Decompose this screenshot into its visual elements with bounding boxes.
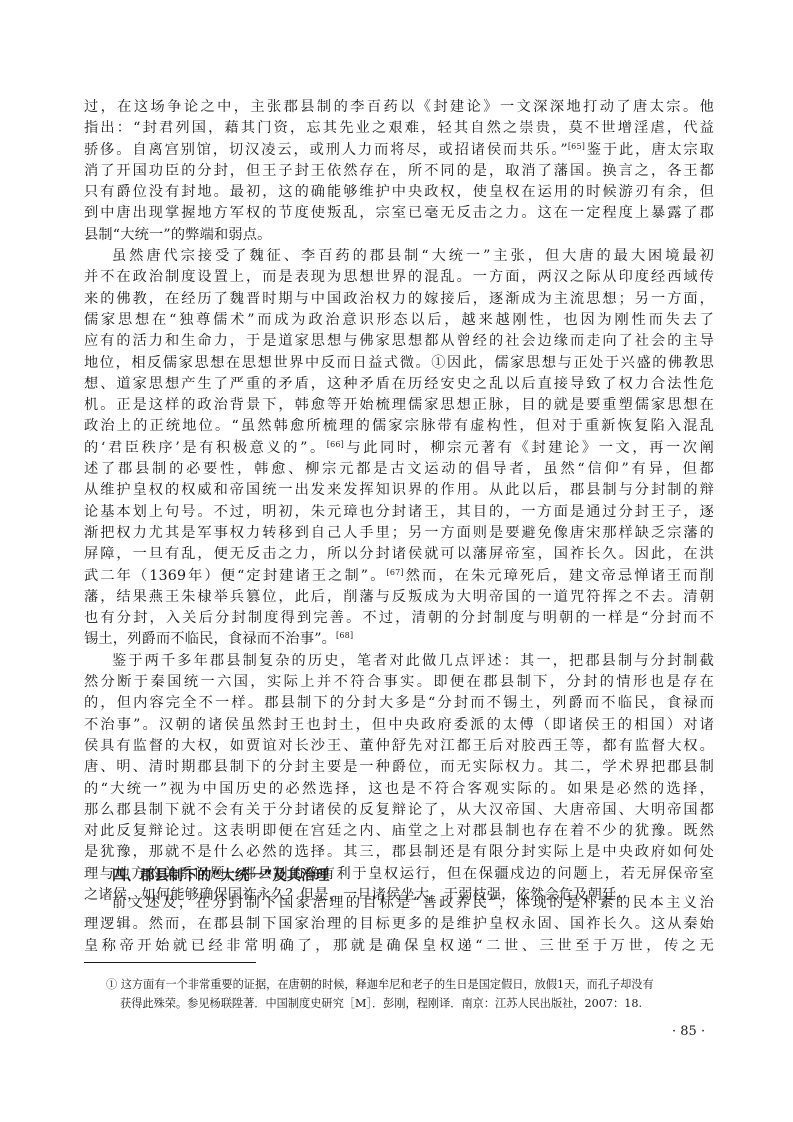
text-line: 的，但内容完全不一样。郡县制下的分封大多是“分封而不锡土，列爵而不临民，食禄而 [84,693,714,714]
text-line: 武二年（1369年）便“定封建诸王之制”。[67]然而，在朱元璋死后，建文帝忌惮… [84,566,714,587]
text-line: 到中唐出现掌握地方军权的节度使叛乱，宗室已毫无反击之力。这在一定程度上暴露了郡 [84,203,714,224]
page-number: · 85 · [672,1022,705,1042]
text-line: 屏障，一旦有乱，便无反击之力，所以分封诸侯就可以藩屏帝室，国祚长久。因此，在洪 [84,544,714,565]
text-line: 机。正是这样的政治背景下，韩愈等开始梳理儒家思想正脉，目的就是要重塑儒家思想在 [84,395,714,416]
footnote-line: 获得此殊荣。参见杨联陞著．中国制度史研究［M］．彭刚，程刚译．南京：江苏人民出版… [120,994,712,1013]
text-line: 儒家思想在“独尊儒术”而成为政治意识形态以后，越来越刚性，也因为刚性而失去了 [84,310,714,331]
section-heading: 四、郡县制下的“大统一”及其治理 [112,866,329,887]
text-line: 是犹豫，那就不是什么必然的选择。其三，郡县制还是有限分封实际上是中央政府如何处 [84,842,714,863]
text-line: 地位，相反儒家思想在思想世界中反而日益式微。①因此，儒家思想与正处于兴盛的佛教思 [84,353,714,374]
text-line: 的“大统一”视为中国历史的必然选择，这也是不符合客观实际的。如果是必然的选择， [84,779,714,800]
citation-marker: [65] [568,142,585,151]
text-line: 鉴于两千多年郡县制复杂的历史，笔者对此做几点评述：其一，把郡县制与分封制截 [84,651,714,672]
text-line: 也有分封，入关后分封制度得到完善。不过，清朝的分封制度与明朝的一样是“分封而不 [84,608,714,629]
section-paragraph: 前文述及，在分封制下国家治理的目标是“善政养民”，体现的是朴素的民本主义治 理逻… [84,893,714,957]
citation-marker: [68] [336,631,353,640]
text-line: 述了郡县制的必要性，韩愈、柳宗元都是古文运动的倡导者，虽然“信仰”有异，但都 [84,459,714,480]
footnote-line: ① 这方面有一个非常重要的证据，在唐朝的时候，释迦牟尼和老子的生日是国定假日，放… [106,975,712,994]
text-line: 消了开国功臣的分封，但王子封王依然存在，所不同的是，取消了藩国。换言之，各王都 [84,161,714,182]
text-line: 政治上的正统地位。“虽然韩愈所梳理的儒家宗脉带有虚构性，但对于重新恢复陷入混乱 [84,416,714,437]
text-line: 藩，结果燕王朱棣举兵篡位，此后，削藩与反叛成为大明帝国的一道咒符挥之不去。清朝 [84,587,714,608]
document-page: 过，在这场争论之中，主张郡县制的李百药以《封建论》一文深深地打动了唐太宗。他 指… [0,0,793,1122]
text-line: 虽然唐代宗接受了魏征、李百药的郡县制“大统一”主张，但大唐的最大困境最初 [84,246,714,267]
paragraph-1: 过，在这场争论之中，主张郡县制的李百药以《封建论》一文深深地打动了唐太宗。他 指… [84,97,714,906]
text-line: 的‘君臣秩序’是有积极意义的”。[66]与此同时，柳宗元著有《封建论》一文，再一… [84,438,714,459]
text-line: 侯具有监督的大权，如贾谊对长沙王、董仲舒先对江都王后对胶西王等，都有监督大权。 [84,736,714,757]
text-line: 并不在政治制度设置上，而是表现为思想世界的混乱。一方面，两汉之际从印度经西域传 [84,267,714,288]
text-line: 锡土，列爵而不临民，食禄而不治事”。[68] [84,629,714,650]
text-line: 指出：“封君列国，藉其门资，忘其先业之艰难，轻其自然之崇贵，莫不世增淫虐，代益 [84,118,714,139]
citation-marker: [67] [387,568,404,577]
text-line: 前文述及，在分封制下国家治理的目标是“善政养民”，体现的是朴素的民本主义治 [84,893,714,914]
text-line: 皇称帝开始就已经非常明确了，那就是确保皇权递“二世、三世至于万世，传之无 [84,936,714,957]
footnote: ① 这方面有一个非常重要的证据，在唐朝的时候，释迦牟尼和老子的生日是国定假日，放… [120,975,712,1013]
text-line: 只有爵位没有封地。最初，这的确能够维护中央政权，使皇权在运用的时候游刃有余，但 [84,182,714,203]
text-line: 想、道家思想产生了严重的矛盾，这种矛盾在历经安史之乱以后直接导致了权力合法性危 [84,374,714,395]
text-line: 过，在这场争论之中，主张郡县制的李百药以《封建论》一文深深地打动了唐太宗。他 [84,97,714,118]
text-line: 渐把权力尤其是军事权力转移到自己人手里；另一方面则是要避免像唐宋那样缺乏宗藩的 [84,523,714,544]
footnote-divider [84,962,256,963]
text-line: 论基本划上句号。不过，明初，朱元璋也分封诸王，其目的，一方面是通过分封王子，逐 [84,502,714,523]
text-line: 理逻辑。然而，在郡县制下国家治理的目标更多的是维护皇权永固、国祚长久。这从秦始 [84,914,714,935]
text-line: 从维护皇权的权威和帝国统一出发来发挥知识界的作用。从此以后，郡县制与分封制的辩 [84,480,714,501]
citation-marker: [66] [327,440,344,449]
text-line: 唐、明、清时期郡县制下的分封主要是一种爵位，而无实际权力。其二，学术界把郡县制 [84,757,714,778]
text-line: 然分断于秦国统一六国，实际上并不符合事实。即便在郡县制下，分封的情形也是存在 [84,672,714,693]
text-line: 骄侈。自离宫别馆，切汉凌云，或刑人力而将尽，或招诸侯而共乐。”[65]鉴于此，唐… [84,140,714,161]
text-line: 应有的活力和生命力，于是道家思想与佛家思想都从曾经的社会边缘而走向了社会的主导 [84,331,714,352]
text-line: 县制“大统一”的弊端和弱点。 [84,225,714,246]
text-line: 来的佛教，在经历了魏晋时期与中国政治权力的嫁接后，逐渐成为主流思想；另一方面， [84,289,714,310]
text-line: 不治事”。汉朝的诸侯虽然封王也封土，但中央政府委派的太傅（即诸侯王的相国）对诸 [84,715,714,736]
text-line: 那么郡县制下就不会有关于分封诸侯的反复辩论了，从大汉帝国、大唐帝国、大明帝国都 [84,800,714,821]
text-line: 对此反复辩论过。这表明即便在宫廷之内、庙堂之上对郡县制也存在着不少的犹豫。既然 [84,821,714,842]
